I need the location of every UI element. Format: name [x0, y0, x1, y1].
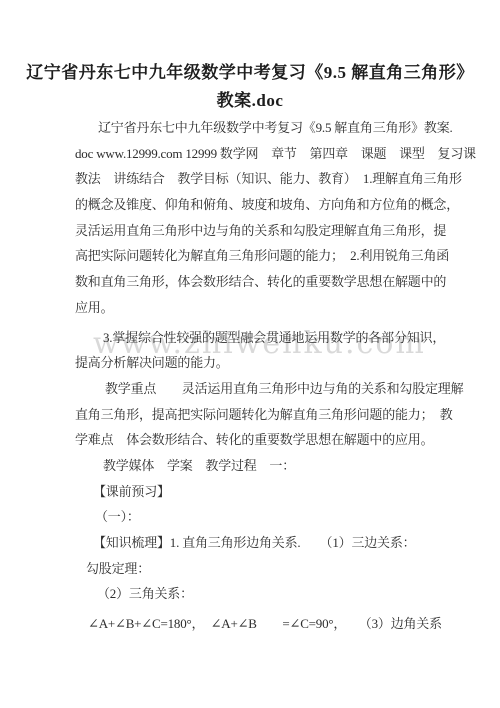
doc-line: 提高分析解决问题的能力。 — [75, 350, 431, 376]
doc-line: doc www.12999.com 12999 数学网 章节 第四章 课题 课型… — [75, 141, 431, 167]
doc-line: （一）： — [75, 504, 431, 530]
doc-line: 教学重点 灵活运用直角三角形中边与角的关系和勾股定理解 — [75, 376, 431, 402]
doc-line: 应用。 — [75, 295, 431, 321]
doc-line: 3.掌握综合性较强的题型融会贯通地运用数学的各部分知识， — [75, 325, 431, 351]
doc-line: 【课前预习】 — [75, 479, 431, 505]
document-title: 辽宁省丹东七中九年级数学中考复习《9.5 解直角三角形》 教案.doc — [0, 59, 500, 114]
doc-line: 教法 讲练结合 教学目标（知识、能力、教育） 1.理解直角三角形 — [75, 166, 431, 192]
doc-line: 辽宁省丹东七中九年级数学中考复习《9.5 解直角三角形》教案. — [75, 115, 431, 141]
document-page: www.zhiwenku.com 辽宁省丹东七中九年级数学中考复习《9.5 解直… — [0, 0, 500, 708]
doc-line: 灵活运用直角三角形中边与角的关系和勾股定理解直角三角形，提 — [75, 218, 431, 244]
doc-line: 的概念及锥度、仰角和俯角、坡度和坡角、方向角和方位角的概念， — [75, 192, 431, 218]
doc-line: （2）三角关系： — [75, 581, 431, 607]
document-body: 辽宁省丹东七中九年级数学中考复习《9.5 解直角三角形》教案. doc www.… — [75, 115, 431, 637]
doc-line: 学难点 体会数形结合、转化的重要数学思想在解题中的应用。 — [75, 427, 431, 453]
doc-line: 直角三角形，提高把实际问题转化为解直角三角形问题的能力； 教 — [75, 402, 431, 428]
doc-line: ∠A+∠B+∠C=180°， ∠A+∠B =∠C=90°， （3）边角关系 — [75, 611, 431, 637]
doc-line: 教学媒体 学案 教学过程 一： — [75, 453, 431, 479]
doc-line: 高把实际问题转化为解直角三角形问题的能力； 2.利用锐角三角函 — [75, 243, 431, 269]
doc-line: 勾股定理： — [75, 556, 431, 582]
document-title-line-1: 辽宁省丹东七中九年级数学中考复习《9.5 解直角三角形》 — [0, 59, 500, 87]
document-title-line-2: 教案.doc — [0, 87, 500, 115]
doc-line: 【知识梳理】1. 直角三角形边角关系. （1）三边关系： — [75, 530, 431, 556]
doc-line: 数和直角三角形，体会数形结合、转化的重要数学思想在解题中的 — [75, 269, 431, 295]
